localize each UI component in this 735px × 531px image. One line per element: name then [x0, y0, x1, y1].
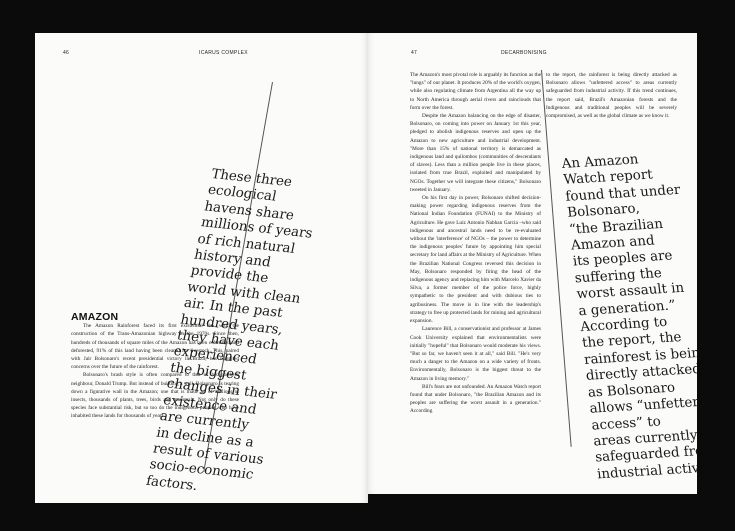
page-number: 46: [63, 50, 69, 56]
paragraph: On his first day in power, Bolsonaro shi…: [410, 194, 541, 325]
paragraph: Despite the Amazon balancing on the edge…: [410, 112, 541, 194]
paragraph: to the report, the rainforest is being d…: [546, 71, 677, 120]
running-head: DECARBONISING: [501, 50, 547, 56]
paragraph: Laurence Bill, a conservationist and pro…: [410, 325, 541, 382]
article-column-1: The Amazon's most pivotal role is arguab…: [410, 71, 541, 416]
left-page: 46 ICARUS COMPLEX AMAZON The Amazon Rain…: [35, 33, 368, 503]
paragraph: The Amazon's most pivotal role is arguab…: [410, 71, 541, 112]
running-head: ICARUS COMPLEX: [199, 50, 248, 56]
page-number: 47: [411, 50, 417, 56]
article-column-2: to the report, the rainforest is being d…: [546, 71, 677, 120]
pull-quote: An Amazon Watch report found that under …: [561, 148, 697, 483]
paragraph: Bill's fears are not unfounded. An Amazo…: [410, 383, 541, 416]
right-page: 47 DECARBONISING The Amazon's most pivot…: [368, 33, 697, 494]
divider-line: [541, 70, 572, 447]
